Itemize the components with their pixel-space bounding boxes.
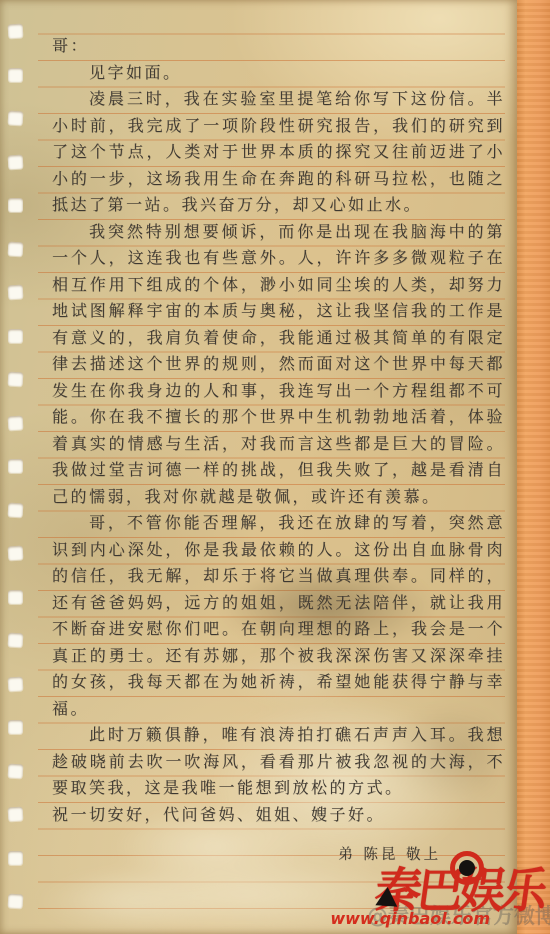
binder-hole [8,894,24,909]
letter-line-body: 要取笑我，这是我唯一能想到放松的方式。 [52,775,505,802]
letter-line-blank [52,828,505,842]
letter-line-body: 小时前，我完成了一项阶段性研究报告，我们的研究到 [52,113,505,140]
letter-line-body: 不断奋进安慰你们吧。在朝向理想的路上，我会是一个 [52,616,505,643]
letter-line-body: 哥，不管你能否理解，我还在放肆的写着，突然意 [52,510,505,537]
letter-line-closing: 祝一切安好，代问爸妈、姐姐、嫂子好。 [52,802,505,829]
binder-hole [8,372,24,387]
brand-ring-icon [450,851,484,885]
letter-line-body: 见字如面。 [52,60,505,87]
binder-hole [8,676,24,691]
binder-hole [8,329,23,343]
binder-hole [8,111,24,126]
binder-hole [8,241,24,256]
binder-hole [8,502,24,517]
letter-line-body: 福。 [52,696,505,723]
binder-hole [8,285,24,300]
binder-hole [8,459,23,473]
letter-line-body: 我突然特别想要倾诉，而你是出现在我脑海中的第 [52,219,505,246]
binder-hole [8,154,24,169]
letter-line-body: 趁破晓前去吹一吹海风，看看那片被我忽视的大海，不 [52,749,505,776]
site-url-text: www.qinbaol.com [330,909,490,928]
binder-hole [8,807,24,822]
binder-hole [8,633,24,648]
photo-background-strip [515,0,550,934]
letter-line-body: 的女孩，我每天都在为她祈祷，希望她能获得宁静与幸 [52,669,505,696]
brand-triangle-icon [375,886,398,906]
letter-line-body: 此时万籁俱静，唯有浪涛拍打礁石声声入耳。我想 [52,722,505,749]
letter-line-body: 相互作用下组成的个体，渺小如同尘埃的人类，却努力 [52,272,505,299]
binder-hole [8,590,23,604]
binder-hole [8,68,23,82]
binder-hole [8,851,23,865]
letter-line-body: 了这个节点，人类对于世界本质的探究又往前迈进了小 [52,139,505,166]
letter-line-body: 凌晨三时，我在实验室里提笔给你写下这份信。半 [52,86,505,113]
letter-paper: 哥：见字如面。凌晨三时，我在实验室里提笔给你写下这份信。半小时前，我完成了一项阶… [0,0,517,934]
letter-line-body: 我做过堂吉诃德一样的挑战，但我失败了，越是看清自 [52,457,505,484]
letter-body: 哥：见字如面。凌晨三时，我在实验室里提笔给你写下这份信。半小时前，我完成了一项阶… [52,33,505,869]
letter-line-body: 真正的勇士。还有苏娜，那个被我深深伤害又深深牵挂 [52,643,505,670]
letter-line-body: 有意义的，我肩负着使命，我能通过极其简单的有限定 [52,325,505,352]
letter-line-body: 识到内心深处，你是我最依赖的人。这份出自血脉骨肉 [52,537,505,564]
letter-line-body: 地试图解释宇宙的本质与奥秘，这让我坚信我的工作是 [52,298,505,325]
binder-hole [8,198,23,212]
binder-hole [8,546,24,561]
letter-line-body: 还有爸爸妈妈，远方的姐姐，既然无法陪伴，就让我用 [52,590,505,617]
letter-line-body: 小的一步，这场我用生命在奔跑的科研马拉松，也随之 [52,166,505,193]
binder-hole [8,24,24,39]
letter-line-body: 一个人，这连我也有些意外。人，许许多多微观粒子在 [52,245,505,272]
site-watermark: @秦巴娱乐官方微博 秦巴娱乐 www.qinbaol.com [310,858,550,930]
letter-line-body: 抵达了第一站。我兴奋万分，却又心如止水。 [52,192,505,219]
letter-line-body: 律去描述这个世界的规则，然而面对这个世界中每天都 [52,351,505,378]
binder-hole [8,415,24,430]
letter-line-body: 能。你在我不擅长的那个世界中生机勃勃地活着，体验 [52,404,505,431]
binder-hole [8,763,24,778]
letter-line-body: 的信任，我无解，却乐于将它当做真理供奉。同样的， [52,563,505,590]
binder-hole [8,720,23,734]
letter-line-body: 发生在你我身边的人和事，我连写出一个方程组都不可 [52,378,505,405]
letter-line-body: 着真实的情感与生活，对我而言这些都是巨大的冒险。 [52,431,505,458]
letter-line-body: 己的懦弱，我对你就越是敬佩，或许还有羡慕。 [52,484,505,511]
letter-line-salutation: 哥： [52,33,505,60]
brand-dot-icon [459,860,475,876]
